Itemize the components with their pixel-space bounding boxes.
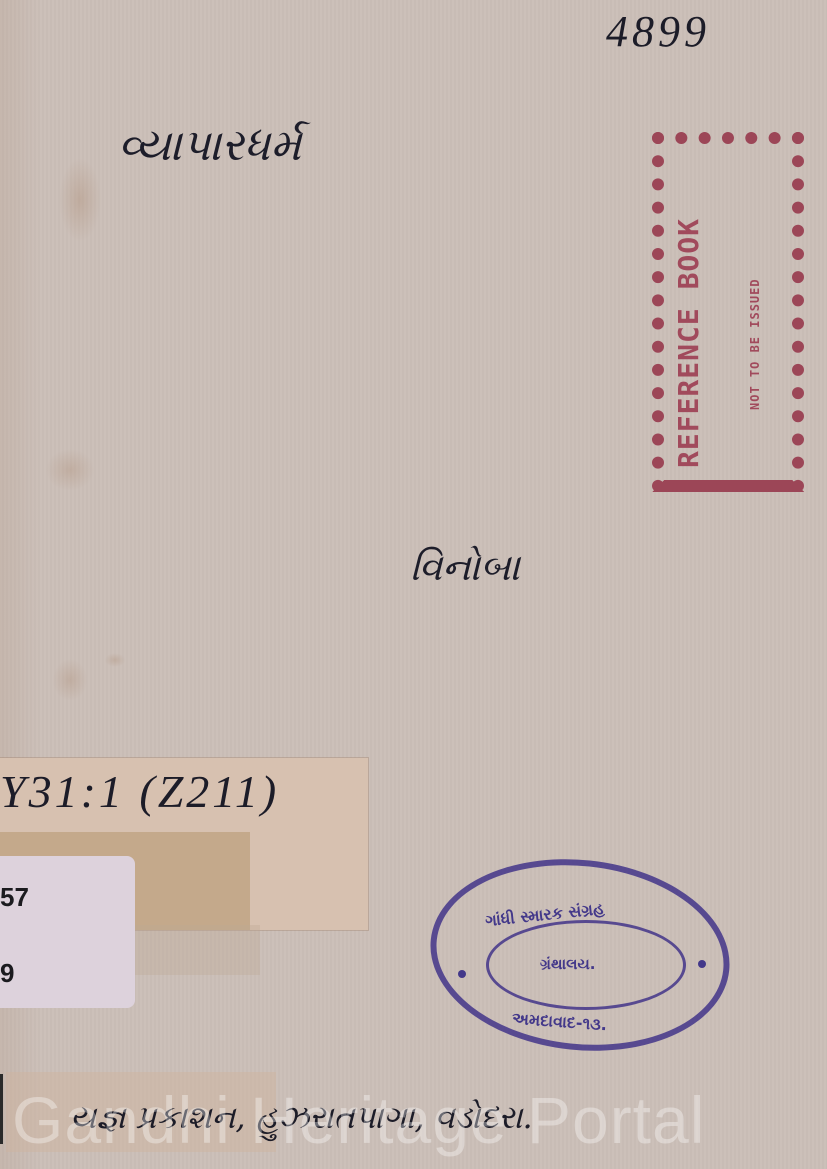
sticker-number-2: 9 bbox=[0, 958, 14, 989]
watermark: Gandhi Heritage Portal bbox=[12, 1082, 705, 1158]
edge-mark bbox=[0, 1074, 3, 1144]
sticker-number-1: 57 bbox=[0, 882, 29, 913]
book-author: વિનોબા bbox=[410, 545, 520, 590]
accession-number: 4899 bbox=[606, 6, 710, 57]
reference-stamp-text: REFERENCE BOOK bbox=[672, 218, 705, 468]
library-sticker bbox=[0, 856, 135, 1008]
reference-stamp-subtext: NOT TO BE ISSUED bbox=[748, 278, 762, 410]
call-number: Y31:1 (Z211) bbox=[0, 765, 279, 818]
tape-residue bbox=[135, 925, 260, 975]
oval-stamp-dot-right bbox=[698, 960, 706, 968]
oval-stamp-dot-left bbox=[458, 970, 466, 978]
book-title: વ્યાપારધર્મ bbox=[118, 120, 301, 171]
oval-stamp-middle-text: ગ્રંથાલય. bbox=[540, 955, 595, 973]
